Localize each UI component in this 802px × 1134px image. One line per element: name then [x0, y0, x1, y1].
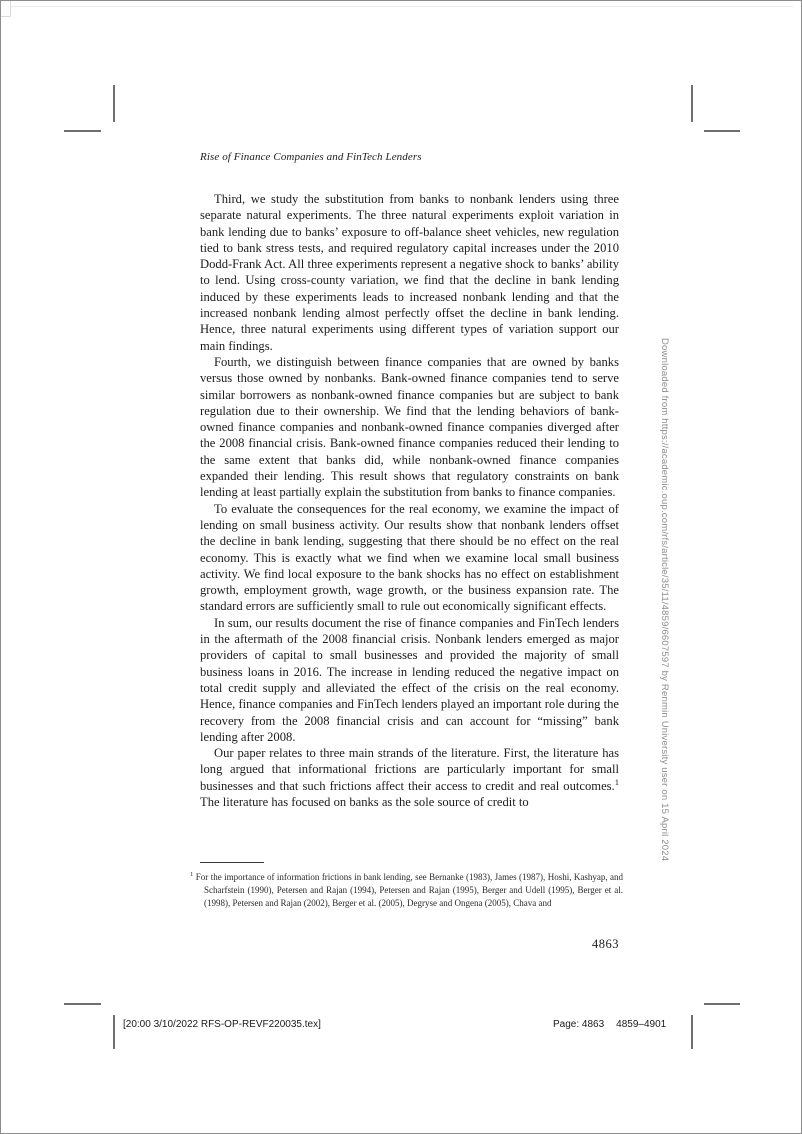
crop-mark-top-right-vertical: [691, 85, 693, 122]
paragraph-real-economy: To evaluate the consequences for the rea…: [200, 501, 619, 615]
footnote-paragraph: 1 For the importance of information fric…: [190, 871, 623, 910]
download-watermark: Downloaded from https://academic.oup.com…: [659, 338, 670, 913]
footer-page-range: 4859–4901: [616, 1019, 666, 1030]
paragraph-third: Third, we study the substitution from ba…: [200, 191, 619, 354]
crop-mark-top-left-vertical: [113, 85, 115, 122]
paragraph-literature-continuation: The literature has focused on banks as t…: [200, 795, 529, 809]
paragraph-literature-text: Our paper relates to three main strands …: [200, 746, 619, 793]
footnote-marker: 1: [190, 871, 193, 878]
footnote: 1 For the importance of information fric…: [190, 871, 623, 910]
footnote-rule: [200, 862, 264, 863]
corner-notch: [1, 1, 11, 17]
top-hairline: [11, 6, 793, 7]
footer-page-label: Page: 4863: [553, 1019, 604, 1030]
crop-mark-bottom-right-vertical: [691, 1015, 693, 1049]
crop-mark-bottom-left-horizontal: [64, 1003, 101, 1005]
body-text: Third, we study the substitution from ba…: [200, 191, 619, 810]
footnote-reference-1: 1: [615, 777, 619, 787]
crop-mark-bottom-left-vertical: [113, 1015, 115, 1049]
paragraph-literature: Our paper relates to three main strands …: [200, 745, 619, 810]
crop-mark-top-right-horizontal: [704, 130, 740, 132]
running-head-title: Rise of Finance Companies and FinTech Le…: [200, 151, 422, 163]
journal-page: Rise of Finance Companies and FinTech Le…: [0, 0, 802, 1134]
footer-tex-stamp: [20:00 3/10/2022 RFS-OP-REVF220035.tex]: [123, 1019, 321, 1030]
crop-mark-bottom-right-horizontal: [704, 1003, 740, 1005]
footnote-text: For the importance of information fricti…: [196, 872, 623, 908]
page-number: 4863: [541, 937, 619, 952]
footer-page-info: Page: 48634859–4901: [553, 1019, 666, 1030]
paragraph-in-sum: In sum, our results document the rise of…: [200, 615, 619, 745]
paragraph-fourth: Fourth, we distinguish between finance c…: [200, 354, 619, 501]
crop-mark-top-left-horizontal: [64, 130, 101, 132]
